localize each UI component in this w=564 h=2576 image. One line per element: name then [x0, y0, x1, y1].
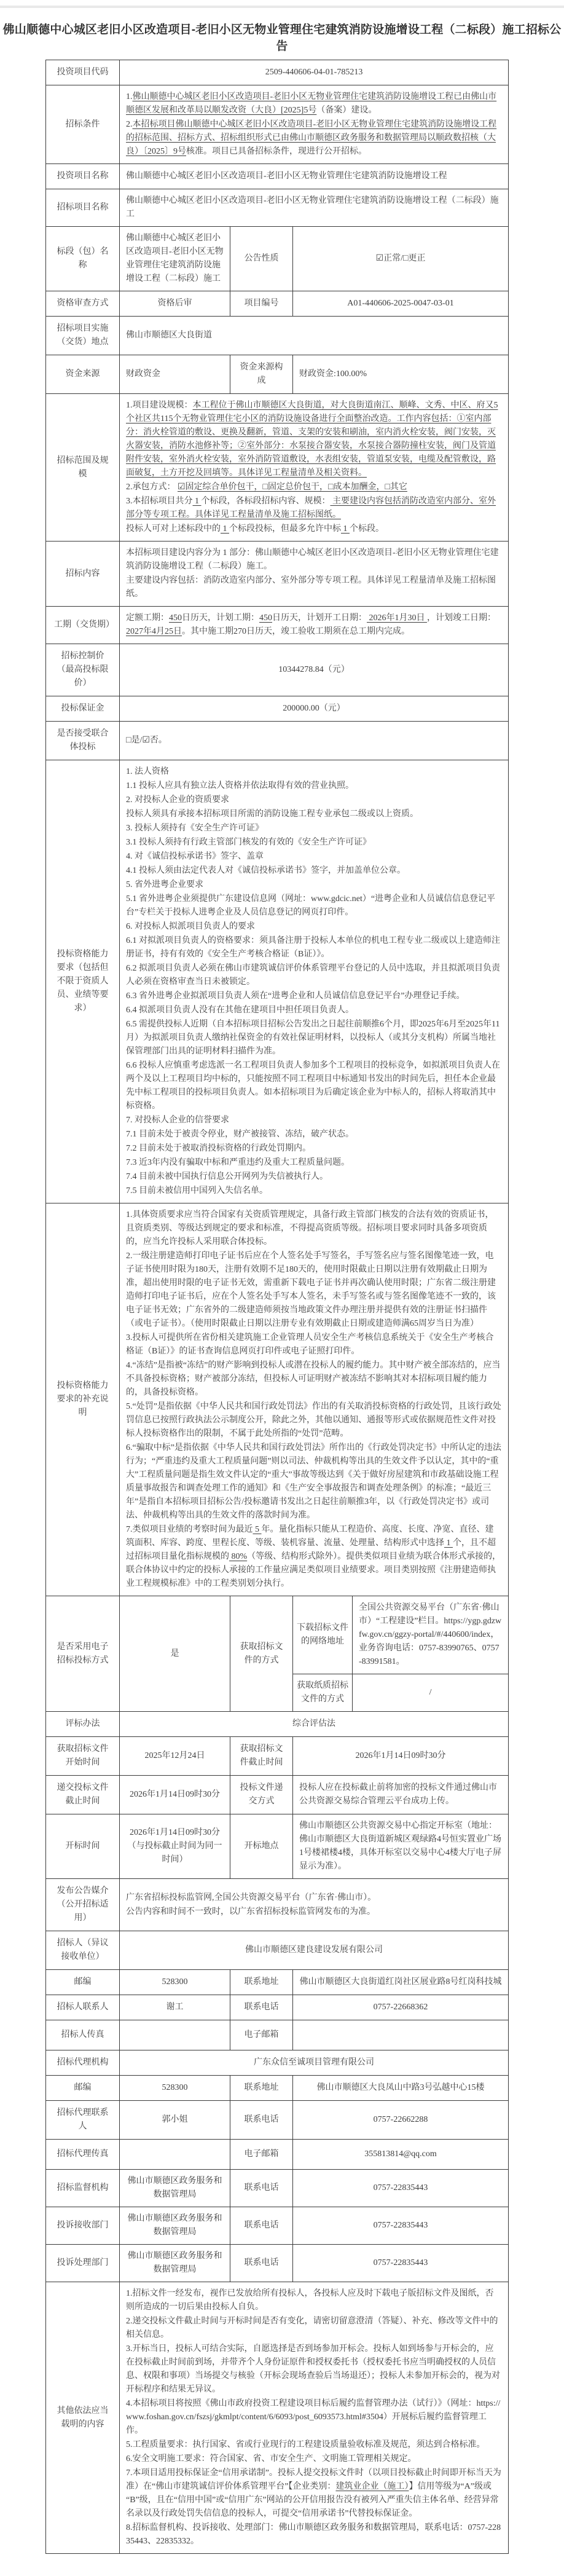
paragraph: 6.“骗取中标”是指依据《中华人民共和国行政处罚法》所作出的《行政处罚决定书》中… — [126, 1441, 502, 1522]
field-label: 下载招标文件的网络地址 — [293, 1596, 353, 1674]
field-value: 佛山市顺德区公共资源交易中心指定开标室（地址：佛山市顺德区大良街道新城区观绿路4… — [293, 1814, 509, 1879]
text-segment: 355813814@qq.com — [364, 2149, 437, 2159]
text-segment: 0757-22835443 — [374, 2183, 428, 2192]
table-row: 招标代理联系人郭小姐联系电话0757-22662288 — [46, 2101, 509, 2140]
paragraph: 1.招标文件一经发布，视作已发放给所有投标人，各投标人应及时下载电子版招标文件及… — [126, 2287, 502, 2314]
text-segment: 全国公共资源交易平台（广东省·佛山市）“工程建设”栏目。https://ygp.… — [359, 1603, 501, 1666]
text-segment: 528300 — [162, 1977, 188, 1987]
text-segment: 个标段。 — [350, 524, 384, 534]
underlined-text: 450 — [169, 613, 182, 623]
text-segment: 1.招标文件一经发布，视作已发放给所有投标人，各投标人应及时下载电子版招标文件及… — [126, 2289, 494, 2312]
field-value: □是/☑否。 — [120, 722, 509, 760]
text-segment: 6.6 投标人应慎重考虑选派一名工程项目负责人参加多个工程项目的投标竞争，如拟派… — [126, 1061, 500, 1111]
field-label: 招标项目名称 — [46, 189, 120, 227]
paragraph: 0757-22662288 — [299, 2113, 502, 2127]
text-segment: 3.投标人可提供所在省份相关建筑施工企业管理人员安全生产考核信息系统关于《安全生… — [126, 1333, 494, 1356]
paragraph: 佛山市顺德区政务服务和数据管理局 — [126, 2250, 224, 2277]
paragraph: 佛山顺德中心城区老旧小区改造项目-老旧小区无物业管理住宅建筑消防设施增设工程 — [126, 170, 502, 183]
paragraph: 0757-22668362 — [299, 2001, 502, 2014]
text-segment: 财政资金:100.00% — [299, 369, 367, 379]
paragraph: 7.2 目前未处于被取消投标资格的行政处罚期内。 — [126, 1142, 502, 1156]
table-row: 资格审查方式资格后审项目编号A01-440606-2025-0047-03-01 — [46, 291, 509, 317]
text-segment: 佛山市顺德区政务服务和数据管理局 — [128, 2214, 222, 2237]
paragraph: 3.1 投标人须持有行政主管部门核发的有效的《安全生产许可证》 — [126, 836, 502, 849]
text-segment: 1. — [126, 92, 133, 101]
text-segment: 6.1 对拟派项目负责人的资格要求：须具备注册于投标人本单位的机电工程专业二级或… — [126, 936, 500, 959]
paragraph: 全国公共资源交易平台（广东省·佛山市）“工程建设”栏目。https://ygp.… — [359, 1601, 502, 1669]
text-segment: 5.工程质量要求：执行国家、省或行业现行的工程建设质量验收标准及规范，须达到合格… — [126, 2440, 485, 2449]
text-segment: 3.本招标项目共分 — [126, 497, 193, 506]
text-segment: 2026年1月14日09时30分 — [130, 1790, 220, 1799]
paragraph: 200000.00（元） — [126, 702, 502, 715]
text-segment: 7.类似项目业绩的考察时间为最近 — [126, 1525, 253, 1534]
paragraph: 7.本项目适用投标保证金“信用承诺制”。投标人提交投标文件时（以项目投标截止时间… — [126, 2467, 502, 2521]
text-segment: 个标段，各标段招标内容、规模： — [202, 497, 331, 506]
field-label: 资格审查方式 — [46, 291, 120, 317]
table-row: 获取招标文件开始时间2025年12月24日获取招标文件截止时间2026年1月14… — [46, 1737, 509, 1776]
paragraph: 佛山市顺德区大良街道 — [126, 329, 502, 342]
table-row: 标段（包）名称佛山顺德中心城区老旧小区改造项目-老旧小区无物业管理住宅建筑消防设… — [46, 227, 509, 291]
field-label: 联系地址 — [230, 1970, 293, 1995]
paragraph: 2026年1月14日09时30分（与投标截止时间为同一时间） — [126, 1826, 224, 1867]
field-value: 2025年12月24日 — [120, 1737, 230, 1776]
tender-table-body: 投资项目代码2509-440606-04-01-785213招标条件1.佛山顺德… — [46, 60, 509, 2554]
text-segment: 7.5 目前未被信用中国列入失信名单。 — [126, 1186, 268, 1195]
field-label: 其他依法应当载明的内容 — [46, 2282, 120, 2554]
paragraph: 郭小姐 — [126, 2113, 224, 2127]
text-segment: 投标人应在投标截止前将加密的投标文件通过佛山市公共资源交易综合管理云平台成功上传… — [299, 1783, 497, 1806]
field-value: 0757-22835443 — [293, 2245, 509, 2282]
field-value: / — [353, 1674, 509, 1712]
field-label: 是否采用电子招标投标方式 — [46, 1596, 120, 1712]
text-segment: 主要建设内容包括：消防改造室内部分、室外部分等专项工程。具体详见工程量清单及施工… — [126, 576, 496, 599]
field-value: 投标人应在投标截止前将加密的投标文件通过佛山市公共资源交易综合管理云平台成功上传… — [293, 1776, 509, 1814]
underlined-text: 本工程位于佛山市顺德区大良街道，对大良街道南江、顺峰、文秀、中区、府又5个社区共… — [126, 401, 498, 478]
text-segment: 佛山市顺德区政务服务和数据管理局 — [128, 2251, 222, 2274]
field-label: 项目编号 — [230, 291, 293, 317]
field-value: 资格后审 — [120, 291, 230, 317]
paragraph: 投标人应在投标截止前将加密的投标文件通过佛山市公共资源交易综合管理云平台成功上传… — [299, 1781, 502, 1808]
field-label: 投标资格能力要求（包括但不限于资质人员、业绩等要求） — [46, 760, 120, 1203]
field-value: 0757-22662288 — [293, 2101, 509, 2140]
field-value: 财政资金 — [120, 355, 230, 394]
text-segment: 投标人可对上述标段中的 — [126, 524, 221, 534]
field-label: 递交投标文件截止时间 — [46, 1776, 120, 1814]
paragraph: 6. 对投标人拟派项目负责人的要求 — [126, 920, 502, 934]
paragraph: 355813814@qq.com — [299, 2148, 502, 2161]
field-label: 邮编 — [46, 2076, 120, 2101]
text-segment: 日历天，计划工期： — [182, 613, 259, 623]
field-value: 全国公共资源交易平台（广东省·佛山市）“工程建设”栏目。https://ygp.… — [353, 1596, 509, 1674]
paragraph: 6.安全文明施工要求：符合国家、省、市安全生产、文明施工管理相关规定。 — [126, 2452, 502, 2466]
paragraph: 7.1 目前未处于被责令停业，财产被接管、冻结，破产状态。 — [126, 1128, 502, 1141]
underlined-text: 2026年1月30日 — [367, 613, 427, 623]
paragraph: 6.3 省外进粤企业拟派项目负责人须在“进粤企业和人员诚信信息登记平台”办理登记… — [126, 990, 502, 1003]
field-label: 投诉接收部门 — [46, 2207, 120, 2245]
text-segment: 6.5 需提供投标人近期（自本招标项目招标公告发出之日起往前顺推6个月，即202… — [126, 1020, 499, 1056]
paragraph: 2025年12月24日 — [126, 1749, 224, 1763]
text-segment: 6.“骗取中标”是指依据《中华人民共和国行政处罚法》所作出的《行政处罚决定书》中… — [126, 1443, 501, 1520]
paragraph: 广东众信至诚项目管理有限公司 — [126, 2056, 502, 2070]
underlined-text: 1 — [341, 524, 350, 534]
underlined-text: 1 — [193, 497, 202, 506]
field-value: 0757-22835443 — [293, 2170, 509, 2207]
field-label: 招标项目实施（交货）地点 — [46, 317, 120, 355]
table-row: 投资项目名称佛山顺德中心城区老旧小区改造项目-老旧小区无物业管理住宅建筑消防设施… — [46, 164, 509, 189]
field-value: 郭小姐 — [120, 2101, 230, 2140]
field-label: 标段（包）名称 — [46, 227, 120, 291]
field-label: 招标代理机构 — [46, 2050, 120, 2076]
paragraph: □是/☑否。 — [126, 734, 502, 747]
paragraph: 佛山市顺德区公共资源交易中心指定开标室（地址：佛山市顺德区大良街道新城区观绿路4… — [299, 1819, 502, 1873]
text-segment: 佛山顺德中心城区老旧小区改造项目-老旧小区无物业管理住宅建筑消防设施增设工程 — [126, 171, 447, 181]
text-segment: 2026年1月14日09时30分 — [356, 1751, 446, 1760]
table-row: 招标条件1.佛山顺德中心城区老旧小区改造项目-老旧小区无物业管理住宅建筑消防设施… — [46, 85, 509, 164]
field-label: 获取纸质招标文件的方式 — [293, 1674, 353, 1712]
text-segment: 6.2 拟派项目负责人必须在佛山市建筑诚信评价体系管理平台登记的人员中选取，并且… — [126, 964, 500, 987]
table-row: 招标控制价（最高投标限价）10344278.84（元） — [46, 644, 509, 696]
field-value: 1. 法人资格1.1 投标人应具有独立法人资格并依法取得有效的营业执照。2. 对… — [120, 760, 509, 1203]
paragraph: 佛山顺德中心城区老旧小区改造项目-老旧小区无物业管理住宅建筑消防设施增设工程（二… — [126, 194, 502, 221]
text-segment: 佛山市顺德区政务服务和数据管理局 — [128, 2176, 222, 2199]
paragraph: 8.招标监督机构、投诉接收、处理部门：佛山市顺德区政务服务和数据管理局，联系电话… — [126, 2521, 502, 2548]
field-label: 投诉处理部门 — [46, 2245, 120, 2282]
field-value: 1.招标文件一经发布，视作已发放给所有投标人，各投标人应及时下载电子版招标文件及… — [120, 2282, 509, 2554]
text-segment: 3. 投标人须持有《安全生产许可证》 — [126, 824, 264, 833]
field-value: 佛山顺德中心城区老旧小区改造项目-老旧小区无物业管理住宅建筑消防设施增设工程 — [120, 164, 509, 189]
field-value: 综合评估法 — [120, 1712, 509, 1737]
table-row: 招标内容本招标项目建设内容分为 1 部分：佛山顺德中心城区老旧小区改造项目-老旧… — [46, 542, 509, 607]
text-segment: 6.3 省外进粤企业拟派项目负责人须在“进粤企业和人员诚信信息登记平台”办理登记… — [126, 991, 464, 1001]
text-segment: 2.承包方式： — [126, 483, 178, 492]
paragraph: 1.具体资质要求应当符合国家有关资质管理规定，具备行政主管部门核发的合法有效的资… — [126, 1208, 502, 1249]
text-segment: 佛山市顺德区公共资源交易中心指定开标室（地址：佛山市顺德区大良街道新城区观绿路4… — [299, 1821, 501, 1871]
page-title: 佛山顺德中心城区老旧小区改造项目-老旧小区无物业管理住宅建筑消防设施增设工程（二… — [2, 20, 562, 53]
field-value: 佛山市顺德区政务服务和数据管理局 — [120, 2207, 230, 2245]
paragraph: 3. 投标人须持有《安全生产许可证》 — [126, 822, 502, 835]
text-segment: 佛山顺德中心城区老旧小区改造项目-老旧小区无物业管理住宅建筑消防设施增设工程（二… — [126, 234, 224, 283]
text-segment: 2025年12月24日 — [145, 1751, 205, 1760]
table-row: 资金来源财政资金资金来源构成财政资金:100.00% — [46, 355, 509, 394]
field-label: 联系电话 — [230, 2170, 293, 2207]
text-segment: 财政资金 — [126, 369, 160, 379]
paragraph: 0757-22835443 — [299, 2181, 502, 2195]
paragraph: 5.工程质量要求：执行国家、省或行业现行的工程建设质量验收标准及规范，须达到合格… — [126, 2438, 502, 2452]
tender-announcement-table: 投资项目代码2509-440606-04-01-785213招标条件1.佛山顺德… — [45, 60, 509, 2554]
field-value: 0757-22668362 — [293, 1995, 509, 2020]
text-segment: 定额工期： — [126, 613, 169, 623]
field-value: 1.具体资质要求应当符合国家有关资质管理规定，具备行政主管部门核发的合法有效的资… — [120, 1203, 509, 1596]
field-value: 广东省招标投标监管网,全国公共资源交易平台（广东省·佛山市）。公告内容和时间不一… — [120, 1879, 509, 1931]
text-segment: 广东省招标投标监管网,全国公共资源交易平台（广东省·佛山市）。 — [126, 1893, 376, 1902]
table-row: 发布公告媒介（公开招标适用）广东省招标投标监管网,全国公共资源交易平台（广东省·… — [46, 1879, 509, 1931]
paragraph: 投标人须具有承接本招标项目所需的消防设施工程专业承包二级或以上资质。 — [126, 808, 502, 821]
table-row: 招标人联系人谢工联系电话0757-22668362 — [46, 1995, 509, 2020]
field-label: 电子邮箱 — [230, 2020, 293, 2050]
paragraph: 财政资金 — [126, 368, 224, 381]
table-row: 招标代理机构广东众信至诚项目管理有限公司 — [46, 2050, 509, 2076]
table-row: 其他依法应当载明的内容1.招标文件一经发布，视作已发放给所有投标人，各投标人应及… — [46, 2282, 509, 2554]
text-segment: 2026年1月14日09时30分（与投标截止时间为同一时间） — [128, 1828, 222, 1864]
field-label: 招标条件 — [46, 85, 120, 164]
paragraph: 2509-440606-04-01-785213 — [126, 66, 502, 79]
paragraph: 佛山市顺德区大良街道红岗社区展业路8号红岗科技城 — [299, 1975, 502, 1989]
text-segment: 0757-22662288 — [374, 2115, 428, 2124]
text-segment: 7.3 近3年内没有骗取中标和严重违约及重大工程质量问题。 — [126, 1158, 350, 1167]
field-value: 2026年1月14日09时30分（与投标截止时间为同一时间） — [120, 1814, 230, 1879]
field-label: 招标代理传真 — [46, 2140, 120, 2170]
text-segment: 528300 — [162, 2083, 188, 2092]
field-value — [120, 2140, 230, 2170]
paragraph: 2.一级注册建造师打印电子证书后应在个人签名处手写签名，手写签名应与签名图像笔迹… — [126, 1250, 502, 1331]
field-value: 528300 — [120, 2076, 230, 2101]
paragraph: 7. 对投标人企业的信誉要求 — [126, 1114, 502, 1127]
paragraph: 7.4 目前未被中国执行信息公开网列为失信被执行人。 — [126, 1170, 502, 1184]
field-label: 联系电话 — [230, 2207, 293, 2245]
field-value: 佛山市顺德区大良街道 — [120, 317, 509, 355]
field-label: 获取招标文件开始时间 — [46, 1737, 120, 1776]
top-divider — [0, 6, 564, 8]
text-segment: 6.安全文明施工要求：符合国家、省、市安全生产、文明施工管理相关规定。 — [126, 2454, 417, 2464]
table-row: 邮编528300联系地址佛山市顺德区大良凤山中路3号弘越中心15楼 — [46, 2076, 509, 2101]
field-value: 10344278.84（元） — [120, 644, 509, 696]
text-segment: ，计划竣工日期： — [427, 613, 496, 623]
text-segment: ☑正常/□更正 — [376, 254, 426, 263]
table-row: 工期（交货期）定额工期：450日历天，计划工期：450日历天，计划开工日期： 2… — [46, 607, 509, 644]
text-segment: A01-440606-2025-0047-03-01 — [347, 299, 453, 308]
paragraph: 3.本招标项目共分 1 个标段，各标段招标内容、规模： 主要建设内容包括消防改造… — [126, 495, 502, 522]
table-row: 招标代理传真电子邮箱355813814@qq.com — [46, 2140, 509, 2170]
text-segment: / — [429, 1688, 432, 1697]
text-segment: 7.2 目前未处于被取消投标资格的行政处罚期内。 — [126, 1144, 311, 1153]
field-value: 佛山市顺德区大良凤山中路3号弘越中心15楼 — [293, 2076, 509, 2101]
text-segment: 0757-22668362 — [374, 2003, 428, 2012]
field-value: 2026年1月14日09时30分 — [293, 1737, 509, 1776]
paragraph: 综合评估法 — [126, 1717, 502, 1731]
text-segment: 佛山市顺德区大良凤山中路3号弘越中心15楼 — [317, 2083, 485, 2092]
field-label: 发布公告媒介（公开招标适用） — [46, 1879, 120, 1931]
underlined-text: 450 — [259, 613, 272, 623]
paragraph: 10344278.84（元） — [126, 663, 502, 677]
paragraph: 6.2 拟派项目负责人必须在佛山市建筑诚信评价体系管理平台登记的人员中选取，并且… — [126, 962, 502, 989]
text-segment: 综合评估法 — [292, 1719, 335, 1728]
paragraph: 2026年1月14日09时30分 — [126, 1788, 224, 1802]
paragraph: 谢工 — [126, 2001, 224, 2014]
paragraph: 2.递交投标文件截止时间与开标时间是否有变化，请密切留意澄清（答疑）、补充、修改… — [126, 2315, 502, 2342]
text-segment: 佛山市顺德区大良街道红岗社区展业路8号红岗科技城 — [300, 1977, 502, 1987]
paragraph: 1. 法人资格 — [126, 765, 502, 779]
inner-table: 下载招标文件的网络地址全国公共资源交易平台（广东省·佛山市）“工程建设”栏目。h… — [293, 1596, 508, 1711]
paragraph: 2.承包方式： ☑固定综合单价包干，□固定总价包干，□成本加酬金，□其它 — [126, 481, 502, 494]
paragraph: 4. 对《诚信投标承诺书》签字、盖章 — [126, 850, 502, 864]
paragraph: 0757-22835443 — [299, 2256, 502, 2270]
paragraph: 佛山市顺德区大良凤山中路3号弘越中心15楼 — [299, 2081, 502, 2095]
text-segment: 5. 省外进粤企业要求 — [126, 880, 203, 889]
field-label: 工期（交货期） — [46, 607, 120, 644]
text-segment: □是/☑否。 — [126, 736, 167, 745]
paragraph: 5.“处罚”是指依据《中华人民共和国行政处罚法》作出的有关取消投标资格的行政处罚… — [126, 1400, 502, 1441]
field-label: 评标办法 — [46, 1712, 120, 1737]
paragraph: 6.4 拟派项目负责人没有在其他在建项目中担任项目负责人。 — [126, 1004, 502, 1017]
text-segment: 4.1 投标人须由法定代表人对《诚信投标承诺书》签字，并加盖单位公章。 — [126, 866, 405, 875]
field-label: 投资项目名称 — [46, 164, 120, 189]
text-segment: 本招标项目建设内容分为 1 部分：佛山顺德中心城区老旧小区改造项目-老旧小区无物… — [126, 548, 499, 571]
field-value: 0757-22835443 — [293, 2207, 509, 2245]
field-label: 招标人（异议接收单位） — [46, 1931, 120, 1970]
inner-row: 下载招标文件的网络地址全国公共资源交易平台（广东省·佛山市）“工程建设”栏目。h… — [293, 1596, 508, 1674]
text-segment: 7.4 目前未被中国执行信息公开网列为失信被执行人。 — [126, 1172, 328, 1181]
field-value: 2026年1月14日09时30分 — [120, 1776, 230, 1814]
paragraph: 5.1 省外进粤企业须提供广东建设信息网（网址：www.gdcic.net）“进… — [126, 892, 502, 920]
text-segment: 日历天，计划开工日期： — [272, 613, 367, 623]
paragraph: 是 — [126, 1647, 224, 1661]
field-value: 528300 — [120, 1970, 230, 1995]
paragraph: 6.5 需提供投标人近期（自本招标项目招标公告发出之日起往前顺推6个月，即202… — [126, 1018, 502, 1058]
text-segment: 8.招标监督机构、投诉接收、处理部门：佛山市顺德区政务服务和数据管理局，联系电话… — [126, 2523, 501, 2546]
text-segment: 6. 对投标人拟派项目负责人的要求 — [126, 922, 255, 931]
field-label: 资金来源构成 — [230, 355, 293, 394]
paragraph: 公告内容和时间不一致时，以广东省招标投标监管网发布的为准。 — [126, 1905, 502, 1919]
table-row: 递交投标文件截止时间2026年1月14日09时30分投标文件递交方式投标人应在投… — [46, 1776, 509, 1814]
field-label: 是否接受联合体投标 — [46, 722, 120, 760]
field-value: 355813814@qq.com — [293, 2140, 509, 2170]
paragraph: 3.开标当日，投标人可结合实际，自愿选择是否到场参加开标会。投标人如到场参与开标… — [126, 2342, 502, 2397]
paragraph: 7.类似项目业绩的考察时间为最近 5 年。量化指标只能从工程造价、高度、长度、净… — [126, 1523, 502, 1591]
field-label: 联系电话 — [230, 1995, 293, 2020]
table-row: 开标时间2026年1月14日09时30分（与投标截止时间为同一时间）开标地点佛山… — [46, 1814, 509, 1879]
text-segment: 郭小姐 — [162, 2115, 188, 2124]
text-segment: 2. 对投标人企业的资质要求 — [126, 795, 229, 805]
table-row: 是否采用电子招标投标方式是获取招标文件的方式下载招标文件的网络地址全国公共资源交… — [46, 1596, 509, 1712]
field-label: 招标代理联系人 — [46, 2101, 120, 2140]
underlined-text: 80% — [229, 1552, 247, 1561]
paragraph: 6.6 投标人应慎重考虑选派一名工程项目负责人参加多个工程项目的投标竞争，如拟派… — [126, 1059, 502, 1113]
text-segment: 1.项目建设规模： — [126, 401, 193, 410]
table-row: 评标办法综合评估法 — [46, 1712, 509, 1737]
field-label: 招标人联系人 — [46, 1995, 120, 2020]
text-segment: 0757-22835443 — [374, 2258, 428, 2267]
paragraph: 6.1 对拟派项目负责人的资格要求：须具备注册于投标人本单位的机电工程专业二级或… — [126, 934, 502, 961]
text-segment: 核准。项目已具备招标条件，现进行公开招标。 — [186, 147, 367, 156]
field-label: 招标范围及规模 — [46, 394, 120, 542]
paragraph: 7.5 目前未被信用中国列入失信名单。 — [126, 1184, 502, 1198]
text-segment: 7.1 目前未处于被责令停业，财产被接管、冻结，破产状态。 — [126, 1130, 354, 1139]
field-value: 佛山市顺德区政务服务和数据管理局 — [120, 2170, 230, 2207]
text-segment: 4.“冻结”是指被“冻结”的财产影响到投标人或潜在投标人的履约能力。其中财产被全… — [126, 1361, 500, 1397]
table-row: 招标项目实施（交货）地点佛山市顺德区大良街道 — [46, 317, 509, 355]
text-segment: 3.1 投标人须持有行政主管部门核发的有效的《安全生产许可证》 — [126, 838, 371, 847]
paragraph: 佛山顺德中心城区老旧小区改造项目-老旧小区无物业管理住宅建筑消防设施增设工程（二… — [126, 232, 224, 286]
text-segment: 佛山市顺德区大良街道 — [126, 331, 212, 340]
table-row: 投诉接收部门佛山市顺德区政务服务和数据管理局联系电话0757-22835443 — [46, 2207, 509, 2245]
paragraph: 佛山市顺德区政务服务和数据管理局 — [126, 2212, 224, 2239]
field-value: 定额工期：450日历天，计划工期：450日历天，计划开工日期： 2026年1月3… — [120, 607, 509, 644]
paragraph: 3.投标人可提供所在省份相关建筑施工企业管理人员安全生产考核信息系统关于《安全生… — [126, 1331, 502, 1358]
field-value: 广东众信至诚项目管理有限公司 — [120, 2050, 509, 2076]
text-segment: 投标人须具有承接本招标项目所需的消防设施工程专业承包二级或以上资质。 — [126, 809, 418, 819]
field-label: 公告性质 — [230, 227, 293, 291]
paragraph: 1.1 投标人应具有独立法人资格并依法取得有效的营业执照。 — [126, 779, 502, 793]
underlined-text: 建筑业企业（施工） — [335, 2482, 409, 2491]
paragraph: 528300 — [126, 1975, 224, 1989]
paragraph: 4.1 投标人须由法定代表人对《诚信投标承诺书》签字，并加盖单位公章。 — [126, 864, 502, 878]
field-label: 联系电话 — [230, 2101, 293, 2140]
text-segment: 4.本招标项目将按照《佛山市政府投资工程建设项目标后履约监督管理办法（试行）》（… — [126, 2399, 500, 2435]
text-segment: 1. 法人资格 — [126, 767, 169, 776]
table-row: 招标项目名称佛山顺德中心城区老旧小区改造项目-老旧小区无物业管理住宅建筑消防设施… — [46, 189, 509, 227]
field-value: 财政资金:100.00% — [293, 355, 509, 394]
text-segment: 2.递交投标文件截止时间与开标时间是否有变化，请密切留意澄清（答疑）、补充、修改… — [126, 2317, 498, 2339]
text-segment: 资格后审 — [158, 299, 192, 308]
text-segment: 10344278.84（元） — [278, 665, 350, 674]
field-label: 联系地址 — [230, 2076, 293, 2101]
field-label: 邮编 — [46, 1970, 120, 1995]
paragraph: 主要建设内容包括：消防改造室内部分、室外部分等专项工程。具体详见工程量清单及施工… — [126, 574, 502, 601]
table-row: 投资项目代码2509-440606-04-01-785213 — [46, 60, 509, 85]
tender-announcement-page: { "page": { "title": "佛山顺德中心城区老旧小区改造项目-老… — [0, 6, 564, 2554]
inner-row: 获取纸质招标文件的方式/ — [293, 1674, 508, 1712]
text-segment: 0757-22835443 — [374, 2221, 428, 2230]
field-label: 招标人传真 — [46, 2020, 120, 2050]
field-value — [120, 2020, 230, 2050]
field-value: 佛山市顺德区建良建设发展有限公司 — [120, 1931, 509, 1970]
paragraph: 1.佛山顺德中心城区老旧小区改造项目-老旧小区无物业管理住宅建筑消防设施增设工程… — [126, 90, 502, 117]
paragraph: 4.“冻结”是指被“冻结”的财产影响到投标人或潜在投标人的履约能力。其中财产被全… — [126, 1359, 502, 1400]
field-value: 佛山市顺德区政务服务和数据管理局 — [120, 2245, 230, 2282]
paragraph: 资格后审 — [126, 297, 224, 310]
table-row: 是否接受联合体投标□是/☑否。 — [46, 722, 509, 760]
field-value: 1.佛山顺德中心城区老旧小区改造项目-老旧小区无物业管理住宅建筑消防设施增设工程… — [120, 85, 509, 164]
field-value: ☑正常/□更正 — [293, 227, 509, 291]
field-label: 获取招标文件的方式 — [230, 1596, 293, 1712]
underlined-text: 5 — [253, 1525, 262, 1534]
field-value: 谢工 — [120, 1995, 230, 2020]
field-value — [293, 2020, 509, 2050]
field-label: 投标保证金 — [46, 696, 120, 722]
field-label: 开标时间 — [46, 1814, 120, 1879]
field-value: 佛山顺德中心城区老旧小区改造项目-老旧小区无物业管理住宅建筑消防设施增设工程（二… — [120, 227, 230, 291]
field-label: 获取招标文件截止时间 — [230, 1737, 293, 1776]
text-segment: 佛山顺德中心城区老旧小区改造项目-老旧小区无物业管理住宅建筑消防设施增设工程（二… — [126, 196, 499, 219]
text-segment: 2509-440606-04-01-785213 — [265, 68, 363, 77]
paragraph: 1.项目建设规模：本工程位于佛山市顺德区大良街道，对大良街道南江、顺峰、文秀、中… — [126, 399, 502, 480]
paragraph: A01-440606-2025-0047-03-01 — [299, 297, 502, 310]
table-row: 投标保证金200000.00（元） — [46, 696, 509, 722]
underlined-text: ☑固定综合单价包干，□固定总价包干，□成本加酬金，□其它 — [178, 483, 407, 492]
text-segment: 1.1 投标人应具有独立法人资格并依法取得有效的营业执照。 — [126, 781, 354, 790]
paragraph: 528300 — [126, 2081, 224, 2095]
text-segment: 广东众信至诚项目管理有限公司 — [254, 2058, 374, 2067]
field-value: 2509-440606-04-01-785213 — [120, 60, 509, 85]
field-value: A01-440606-2025-0047-03-01 — [293, 291, 509, 317]
text-segment: 200000.00（元） — [283, 704, 345, 713]
paragraph: 定额工期：450日历天，计划工期：450日历天，计划开工日期： 2026年1月3… — [126, 612, 502, 639]
text-segment: 佛山市顺德区建良建设发展有限公司 — [245, 1945, 383, 1955]
field-label: 投标文件递交方式 — [230, 1776, 293, 1814]
field-label: 开标地点 — [230, 1814, 293, 1879]
table-row: 投标资格能力要求（包括但不限于资质人员、业绩等要求）1. 法人资格1.1 投标人… — [46, 760, 509, 1203]
table-row: 招标监督机构佛山市顺德区政务服务和数据管理局联系电话0757-22835443 — [46, 2170, 509, 2207]
text-segment: 公告内容和时间不一致时，以广东省招标投标监管网发布的为准。 — [126, 1907, 375, 1916]
field-label: 投标资格能力要求的补充说明 — [46, 1203, 120, 1596]
text-segment: 1.具体资质要求应当符合国家有关资质管理规定，具备行政主管部门核发的合法有效的资… — [126, 1210, 494, 1247]
field-label: 资金来源 — [46, 355, 120, 394]
underlined-text: 佛山顺德中心城区老旧小区改造项目-老旧小区无物业管理住宅建筑消防设施增设工程已由… — [126, 92, 496, 115]
text-segment: 是 — [171, 1649, 179, 1658]
text-segment: 2. — [126, 120, 133, 129]
paragraph: ☑正常/□更正 — [299, 252, 502, 266]
text-segment: 2.一级注册建造师打印电子证书后应在个人签名处手写签名，手写签名应与签名图像笔迹… — [126, 1251, 496, 1328]
